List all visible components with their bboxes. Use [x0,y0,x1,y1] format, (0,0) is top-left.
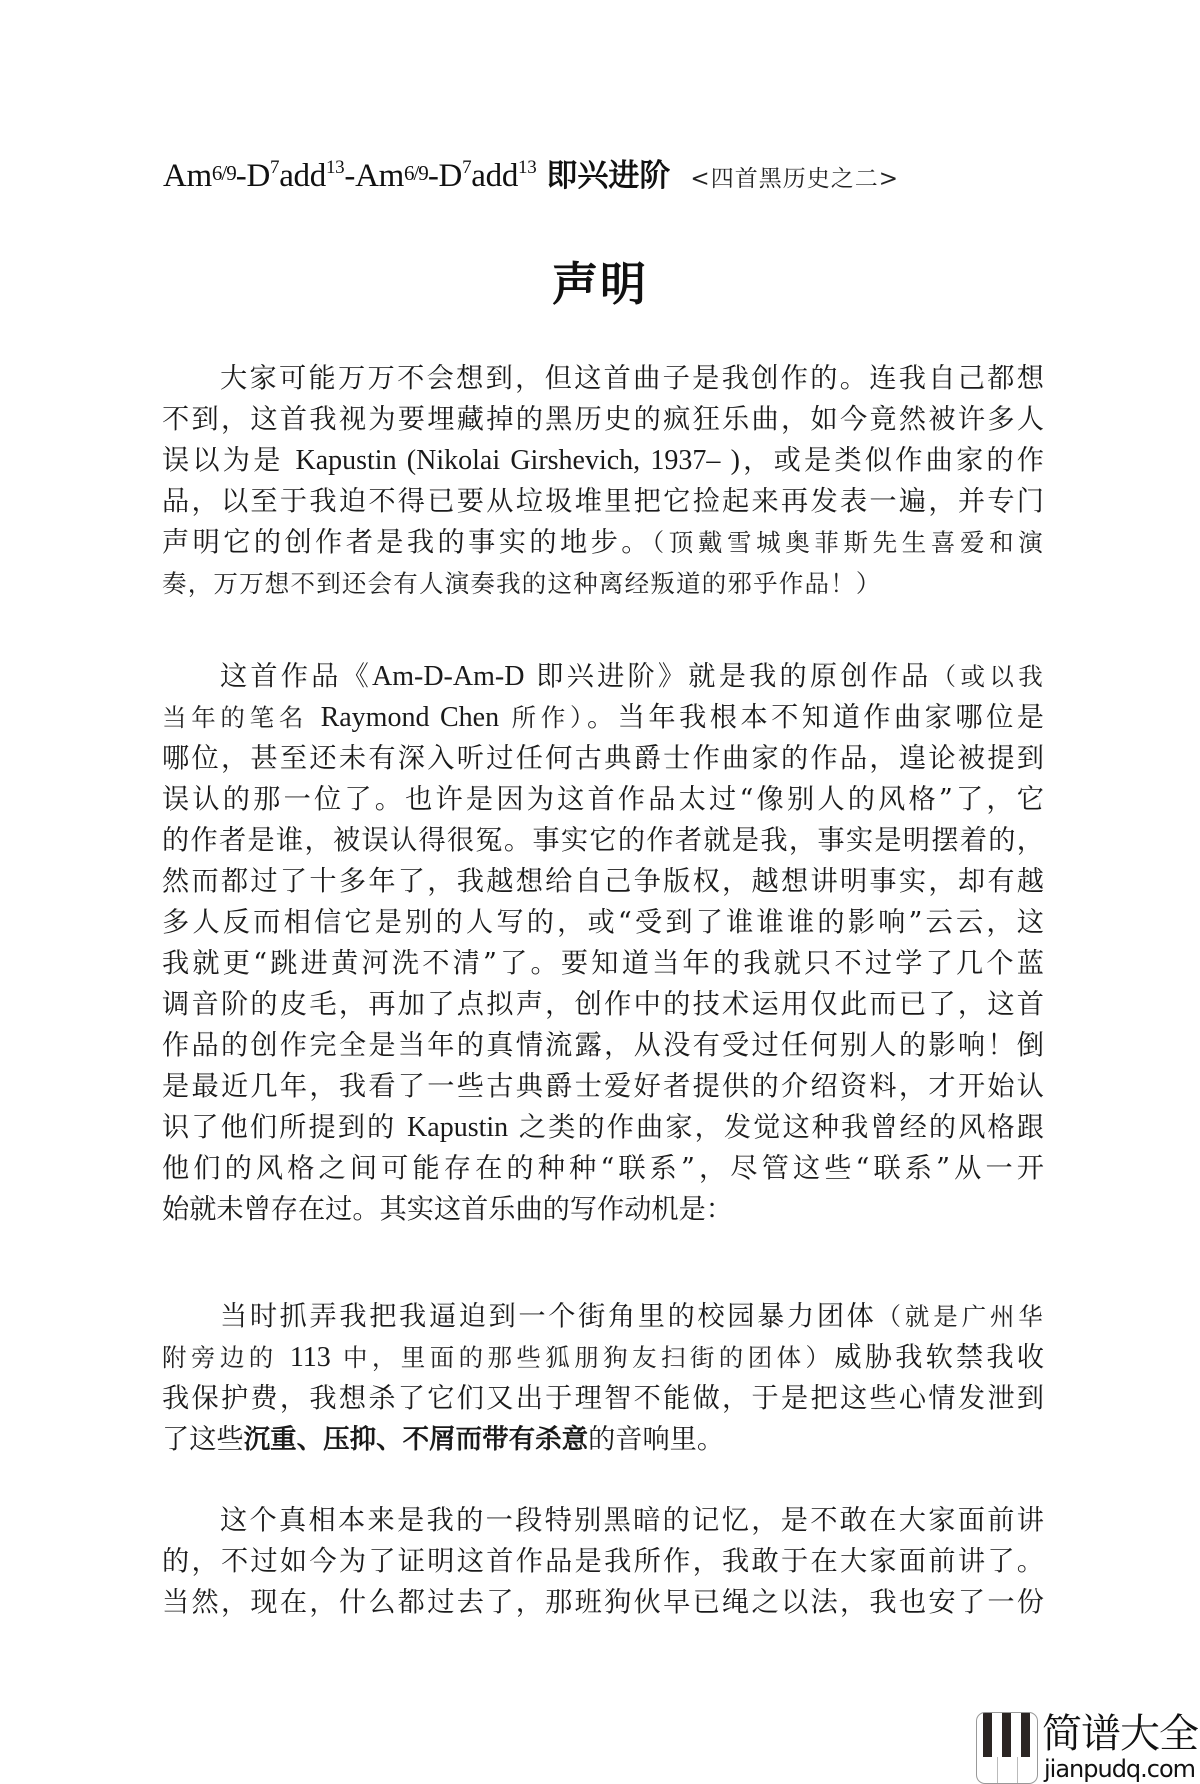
bold-phrase: 沉重、压抑、不屑而带有杀意 [244,1424,589,1455]
logo-name: 简谱大全 [1042,1712,1198,1756]
text-line: 品，以至于我迫不得已要从垃圾堆里把它捡起来再发表一遍，并专门 [162,481,1044,522]
text-line: 当时抓弄我把我逼迫到一个街角里的校园暴力团体（就是广州华 [220,1296,1044,1337]
text-line: 然而都过了十多年了，我越想给自己争版权，越想讲明事实，却有越 [162,861,1044,902]
text-line: 当年的笔名 Raymond Chen 所作）。当年我根本不知道作曲家哪位是 [162,697,1044,738]
text-line: 声明它的创作者是我的事实的地步。（顶戴雪城奥菲斯先生喜爱和演 [162,522,1044,563]
text-line: 大家可能万万不会想到，但这首曲子是我创作的。连我自己都想 [220,358,1044,399]
text-line: 多人反而相信它是别的人写的，或“受到了谁谁谁的影响”云云，这 [162,902,1044,943]
text-line: 的作者是谁，被误认得很冤。事实它的作者就是我，事实是明摆着的， [162,820,1044,861]
text-line: 他们的风格之间可能存在的种种“联系”，尽管这些“联系”从一开 [162,1148,1044,1189]
text-line: 这个真相本来是我的一段特别黑暗的记忆，是不敢在大家面前讲 [220,1500,1044,1541]
text-line: 是最近几年，我看了一些古典爵士爱好者提供的介绍资料，才开始认 [162,1066,1044,1107]
text-line: 识了他们所提到的 Kapustin 之类的作曲家，发觉这种我曾经的风格跟 [162,1107,1044,1148]
text-line: 了这些沉重、压抑、不屑而带有杀意的音响里。 [162,1419,1044,1460]
jianpudq-logo[interactable]: 简谱大全 jianpudq.com [976,1710,1200,1784]
text-line: 始就未曾存在过。其实这首乐曲的写作动机是： [162,1189,1044,1230]
text-line: 当然，现在，什么都过去了，那班狗伙早已绳之以法，我也安了一份 [162,1582,1044,1623]
piece-subtitle: <四首黑历史之二> [690,160,899,193]
text-line: 的，不过如今为了证明这首作品是我所作，我敢于在大家面前讲了。 [162,1541,1044,1582]
text-line: 调音阶的皮毛，再加了点拟声，创作中的技术运用仅此而已了，这首 [162,984,1044,1025]
text-line: 这首作品《Am-D-Am-D 即兴进阶》就是我的原创作品（或以我 [220,656,1044,697]
text-line: 不到，这首我视为要埋藏掉的黑历史的疯狂乐曲，如今竟然被许多人 [162,399,1044,440]
text-line: 作品的创作完全是当年的真情流露，从没有受过任何别人的影响！倒 [162,1025,1044,1066]
text-line: 附旁边的 113 中，里面的那些狐朋狗友扫街的团体）威胁我软禁我收 [162,1337,1044,1378]
piano-keys-icon [976,1712,1038,1784]
text-line: 误认的那一位了。也许是因为这首作品太过“像别人的风格”了，它 [162,779,1044,820]
text-line: 奏，万万想不到还会有人演奏我的这种离经叛道的邪乎作品！） [162,563,1044,604]
piece-title: 即兴进阶 [546,150,670,195]
chord-progression: Am6/9-D7add13-Am6/9-D7add13 [163,158,536,195]
logo-domain: jianpudq.com [1044,1754,1195,1784]
text-line: 我保护费，我想杀了它们又出于理智不能做，于是把这些心情发泄到 [162,1378,1044,1419]
piece-header: Am6/9-D7add13-Am6/9-D7add13 即兴进阶 <四首黑历史之… [163,150,1053,190]
section-title: 声明 [0,248,1200,314]
text-line: 误以为是 Kapustin (Nikolai Girshevich, 1937–… [162,440,1044,481]
text-line: 我就更“跳进黄河洗不清”了。要知道当年的我就只不过学了几个蓝 [162,943,1044,984]
document-page: Am6/9-D7add13-Am6/9-D7add13 即兴进阶 <四首黑历史之… [0,0,1200,1784]
text-line: 哪位，甚至还未有深入听过任何古典爵士作曲家的作品，遑论被提到 [162,738,1044,779]
